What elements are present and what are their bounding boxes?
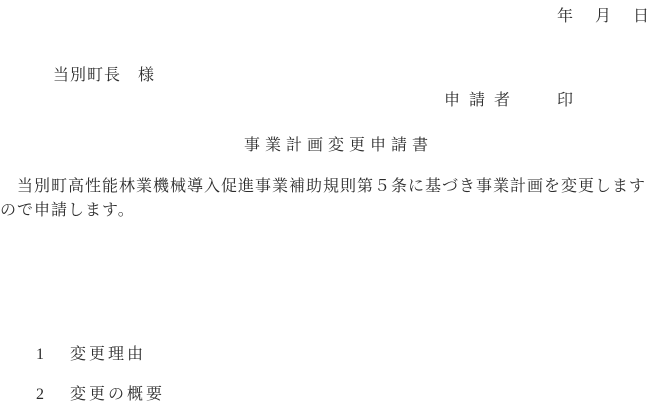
body-line-1: 当別町高性能林業機械導入促進事業補助規則第５条に基づき事業計画を変更します (0, 175, 653, 199)
document-title: 事業計画変更申請書 (244, 132, 433, 155)
applicant-row: 申請者 印 (444, 87, 573, 110)
section-item-change-summary: 2 変更の概要 (36, 381, 165, 404)
section-item-change-reason: 1 変更理由 (36, 341, 146, 364)
section-number: 1 (36, 346, 47, 364)
date-line: 年 月 日 (557, 3, 652, 26)
seal-label: 印 (557, 92, 573, 109)
body-line-2: ので申請します。 (0, 199, 653, 223)
section-label: 変更理由 (70, 346, 146, 363)
applicant-label: 申請者 (444, 92, 519, 109)
body-paragraph: 当別町高性能林業機械導入促進事業補助規則第５条に基づき事業計画を変更します ので… (0, 175, 653, 223)
document-page: 年 月 日 当別町長 様 申請者 印 事業計画変更申請書 当別町高性能林業機械導… (0, 0, 653, 404)
addressee: 当別町長 様 (53, 62, 155, 85)
section-label: 変更の概要 (70, 386, 165, 403)
section-number: 2 (36, 386, 47, 404)
